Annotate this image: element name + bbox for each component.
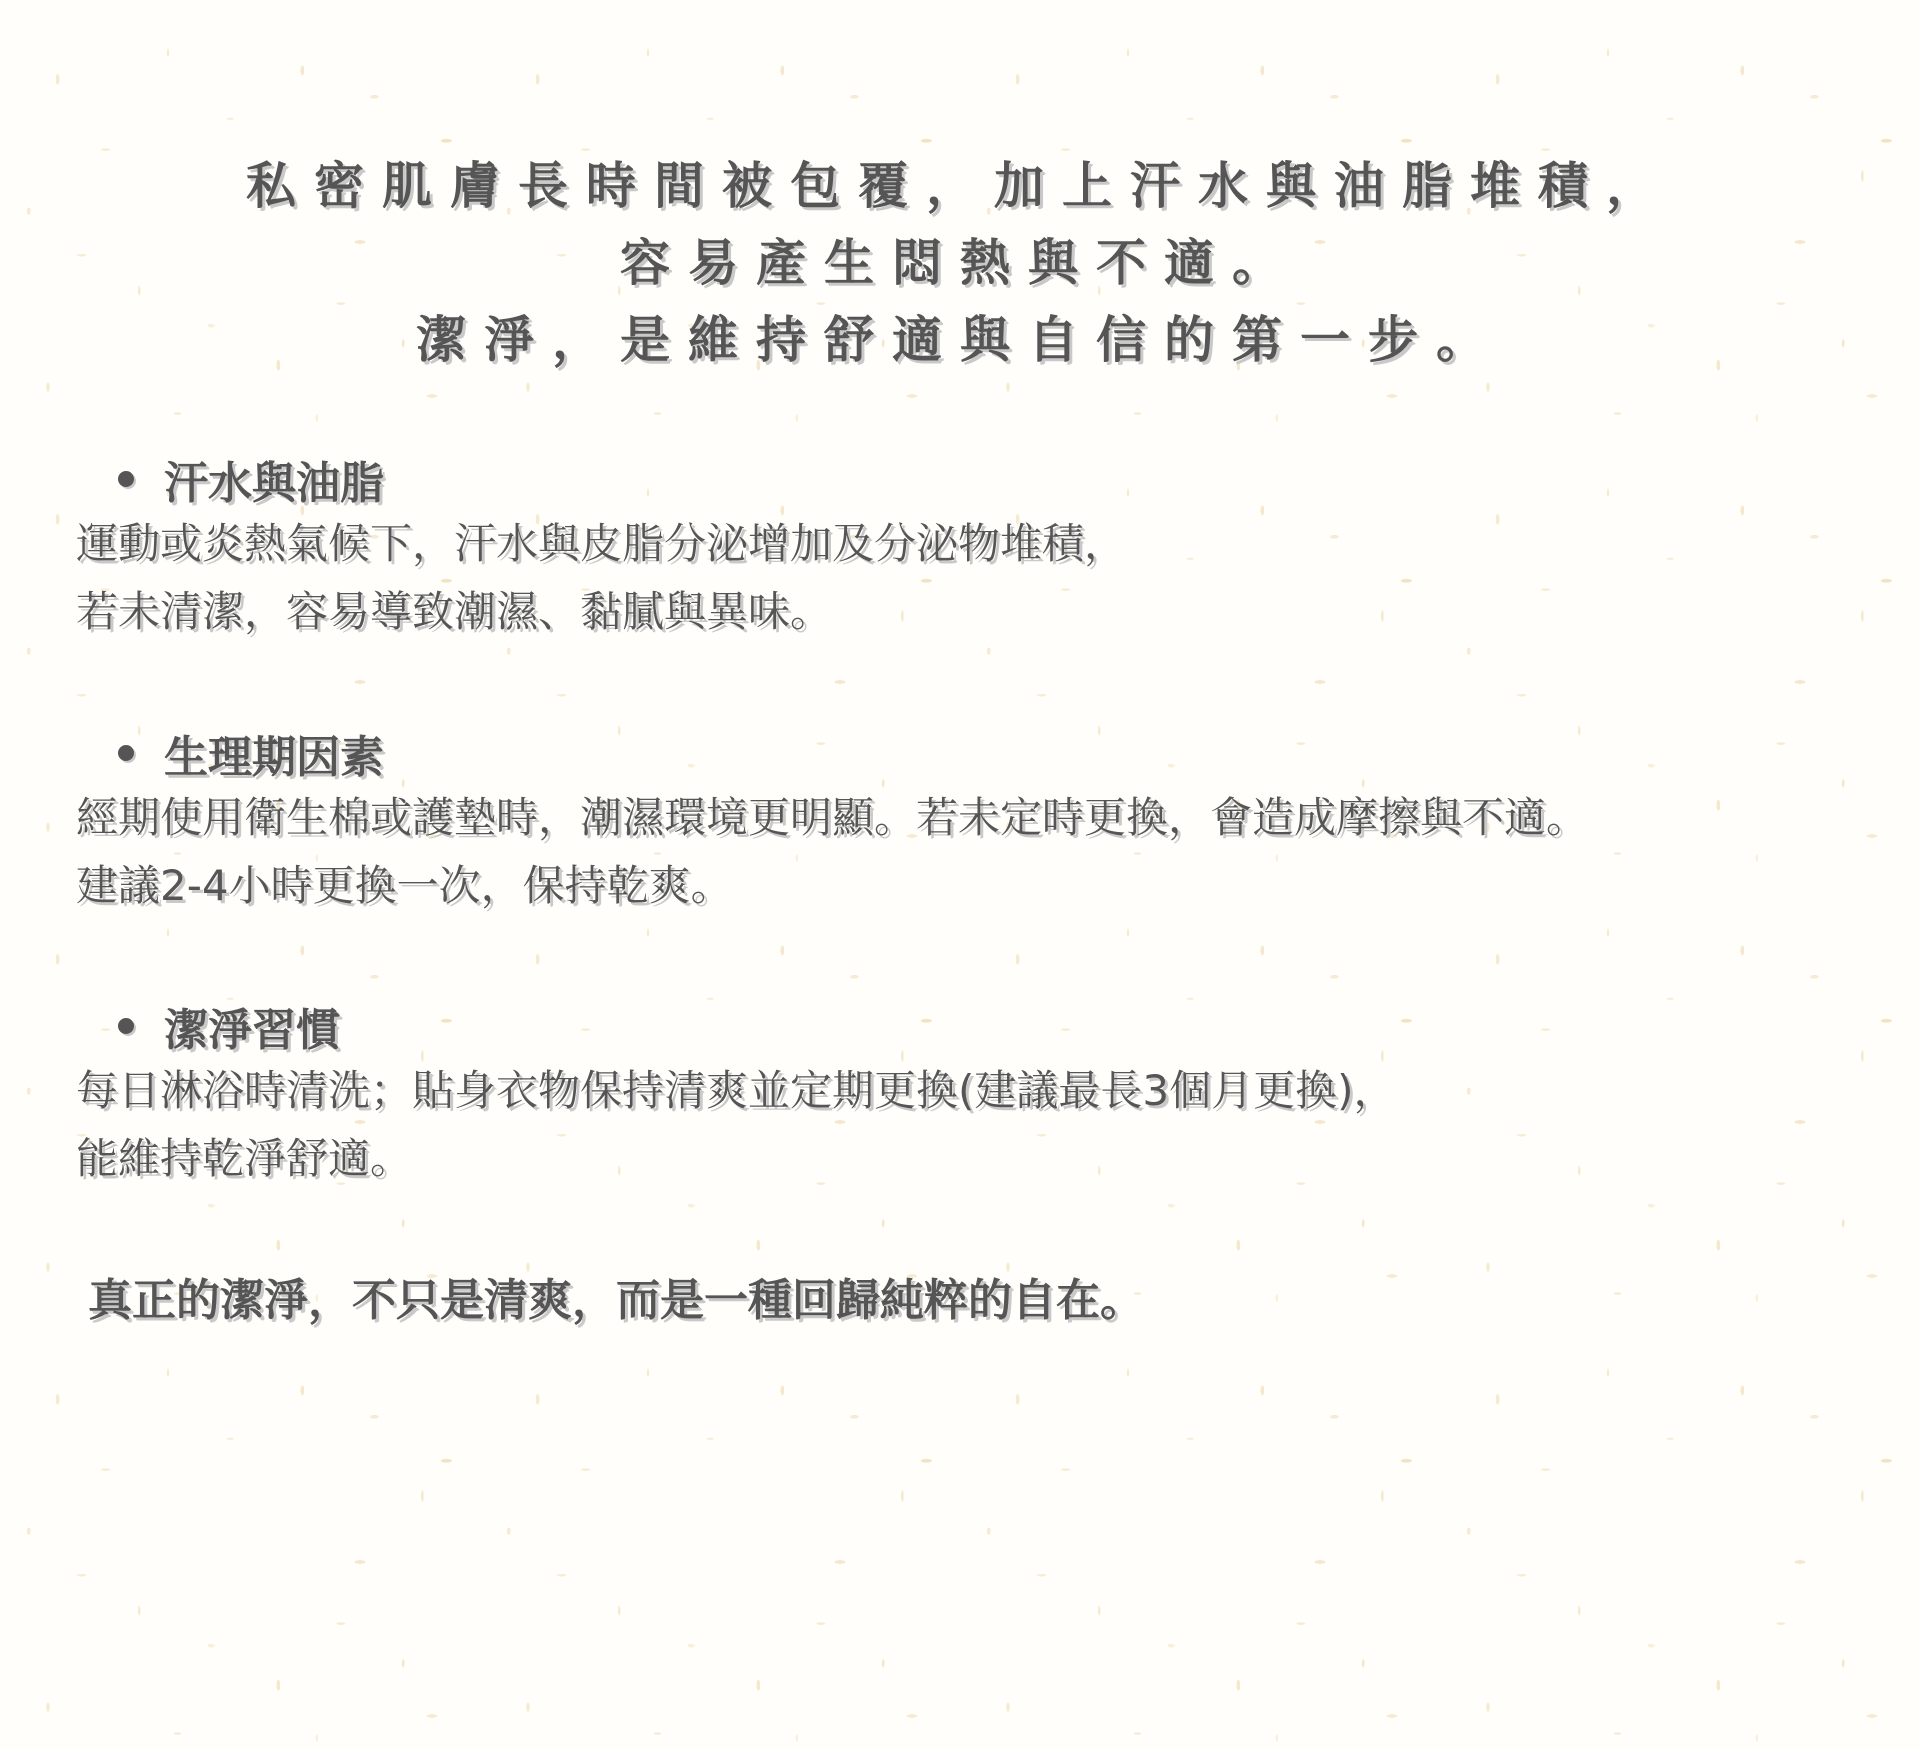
section-body-line: 建議2-4小時更換一次，保持乾爽。 xyxy=(76,852,1588,920)
section-body: 每日淋浴時清洗；貼身衣物保持清爽並定期更換(建議最長3個月更換)， 能維持乾淨舒… xyxy=(76,1057,1396,1193)
headline-line-1: 私密肌膚長時間被包覆，加上汗水與油脂堆積， xyxy=(0,148,1920,225)
page-content: 私密肌膚長時間被包覆，加上汗水與油脂堆積， 容易產生悶熱與不適。 潔淨，是維持舒… xyxy=(0,0,1920,1750)
section-title: 生理期因素 xyxy=(164,721,384,785)
closing-statement: 真正的潔淨，不只是清爽，而是一種回歸純粹的自在。 xyxy=(88,1264,1144,1328)
headline-line-2: 容易產生悶熱與不適。 xyxy=(0,225,1920,302)
section-heading: 生理期因素 xyxy=(116,722,1588,784)
section-title: 潔淨習慣 xyxy=(164,994,340,1058)
bullet-icon xyxy=(118,471,134,487)
section-body-line: 若未清潔，容易導致潮濕、黏膩與異味。 xyxy=(76,578,1126,646)
section-title: 汗水與油脂 xyxy=(164,447,384,511)
section-body-line: 每日淋浴時清洗；貼身衣物保持清爽並定期更換(建議最長3個月更換)， xyxy=(76,1057,1396,1125)
section-body-line: 運動或炎熱氣候下，汗水與皮脂分泌增加及分泌物堆積， xyxy=(76,510,1126,578)
section-heading: 潔淨習慣 xyxy=(116,995,1396,1057)
bullet-icon xyxy=(118,745,134,761)
section-body-line: 能維持乾淨舒適。 xyxy=(76,1125,1396,1193)
section-cleaning-habits: 潔淨習慣 每日淋浴時清洗；貼身衣物保持清爽並定期更換(建議最長3個月更換)， 能… xyxy=(76,995,1396,1193)
bullet-icon xyxy=(118,1018,134,1034)
section-menstrual-factors: 生理期因素 經期使用衛生棉或護墊時，潮濕環境更明顯。若未定時更換，會造成摩擦與不… xyxy=(76,722,1588,920)
headline-line-3: 潔淨，是維持舒適與自信的第一步。 xyxy=(0,302,1920,379)
headline: 私密肌膚長時間被包覆，加上汗水與油脂堆積， 容易產生悶熱與不適。 潔淨，是維持舒… xyxy=(0,148,1920,379)
section-body: 經期使用衛生棉或護墊時，潮濕環境更明顯。若未定時更換，會造成摩擦與不適。 建議2… xyxy=(76,784,1588,920)
section-sweat-and-oil: 汗水與油脂 運動或炎熱氣候下，汗水與皮脂分泌增加及分泌物堆積， 若未清潔，容易導… xyxy=(76,448,1126,646)
section-heading: 汗水與油脂 xyxy=(116,448,1126,510)
section-body-line: 經期使用衛生棉或護墊時，潮濕環境更明顯。若未定時更換，會造成摩擦與不適。 xyxy=(76,784,1588,852)
section-body: 運動或炎熱氣候下，汗水與皮脂分泌增加及分泌物堆積， 若未清潔，容易導致潮濕、黏膩… xyxy=(76,510,1126,646)
